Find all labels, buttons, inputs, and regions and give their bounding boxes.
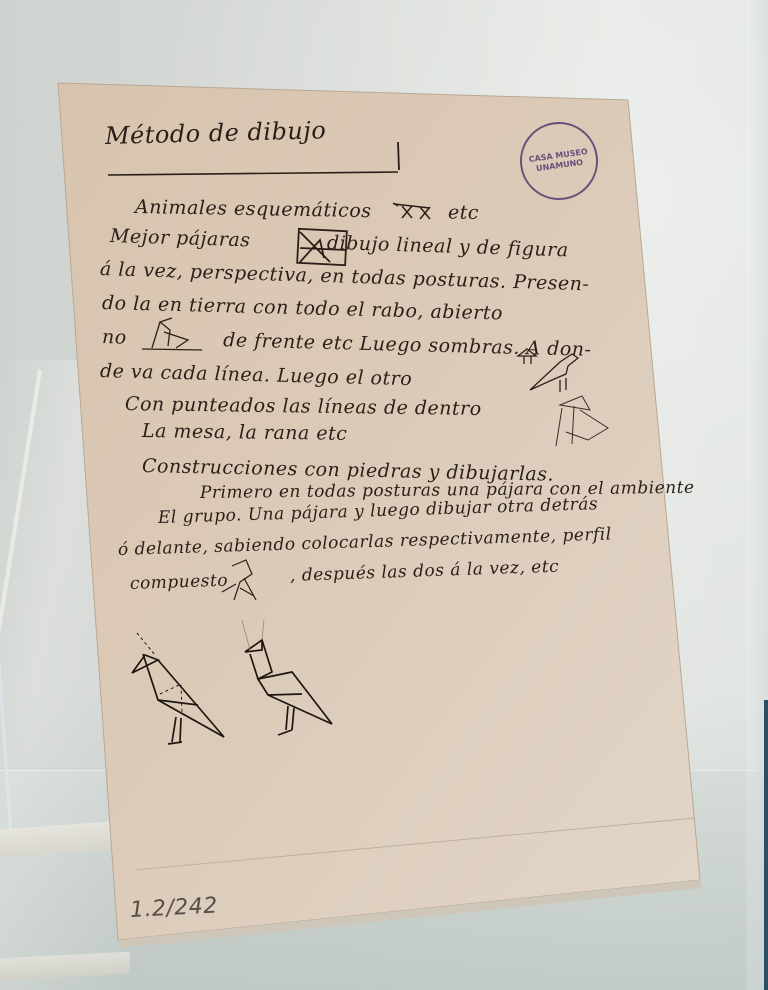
line-text: Mejor pájaras (110, 225, 251, 251)
line-text: Animales esquemáticos (135, 196, 372, 222)
handwritten-line: La mesa, la rana etc (142, 420, 348, 445)
museum-stamp: CASA MUSEOUNAMUNO (515, 117, 603, 205)
museum-stamp-text: CASA MUSEOUNAMUNO (517, 119, 601, 203)
page-title: Método de dibujo (105, 116, 327, 150)
manuscript-page: Método de dibujo CASA MUSEOUNAMUNO Anima… (0, 0, 768, 990)
line-text: etc (448, 201, 479, 224)
handwritten-line: compuesto (130, 571, 229, 594)
archive-number: 1.2/242 (129, 893, 218, 923)
line-text: no (102, 326, 127, 349)
